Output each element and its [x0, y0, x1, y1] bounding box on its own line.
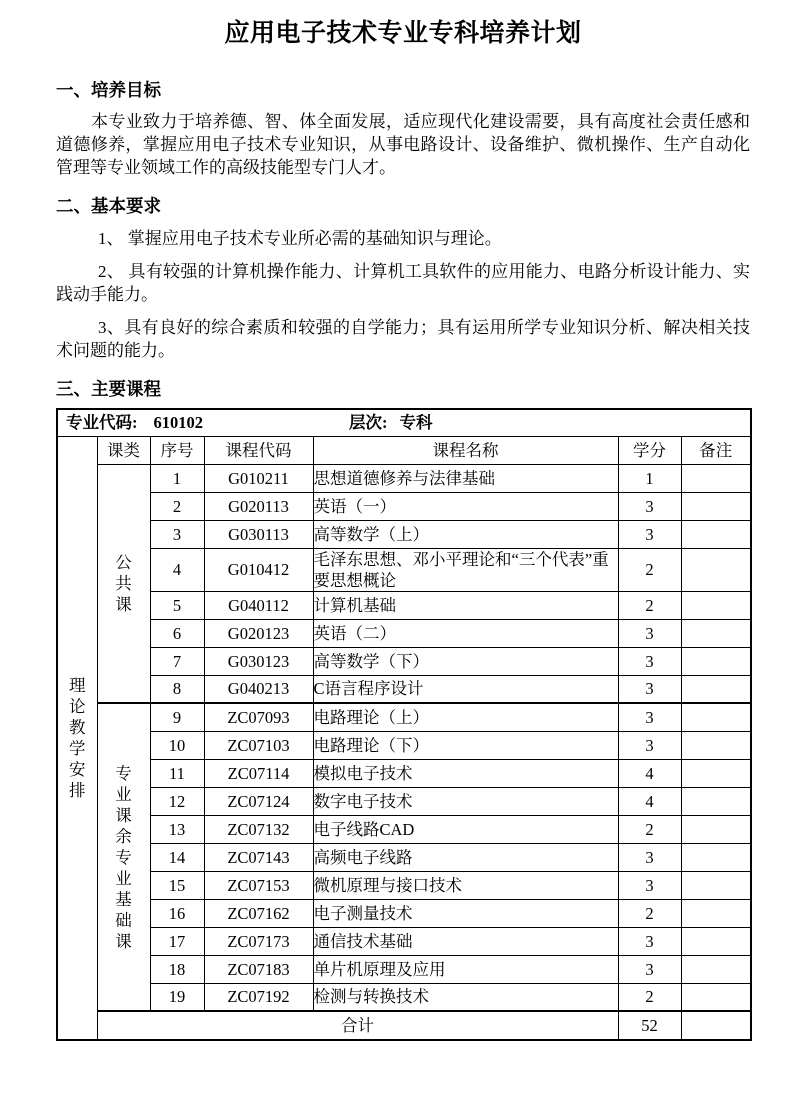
- course-name: 电路理论（下）: [313, 731, 618, 759]
- course-name: 英语（二）: [313, 619, 618, 647]
- course-credits: 1: [618, 464, 681, 492]
- course-row: 16ZC07162电子测量技术2: [57, 899, 751, 927]
- course-remark: [681, 703, 751, 731]
- course-no: 1: [150, 464, 204, 492]
- course-name: 通信技术基础: [313, 927, 618, 955]
- course-no: 18: [150, 955, 204, 983]
- course-no: 10: [150, 731, 204, 759]
- course-credits: 2: [618, 548, 681, 591]
- requirement-item: 1、 掌握应用电子技术专业所必需的基础知识与理论。: [56, 227, 750, 250]
- course-code: G040213: [204, 675, 313, 703]
- course-no: 16: [150, 899, 204, 927]
- course-no: 11: [150, 759, 204, 787]
- level-value: 专科: [400, 412, 433, 433]
- header-remark: 备注: [681, 436, 751, 464]
- course-row: 18ZC07183单片机原理及应用3: [57, 955, 751, 983]
- course-row: 10ZC07103电路理论（下）3: [57, 731, 751, 759]
- course-remark: [681, 759, 751, 787]
- course-row: 6G020123英语（二）3: [57, 619, 751, 647]
- course-name: 电子测量技术: [313, 899, 618, 927]
- course-credits: 3: [618, 731, 681, 759]
- header-category: 课类: [97, 436, 150, 464]
- course-remark: [681, 983, 751, 1011]
- course-credits: 4: [618, 787, 681, 815]
- course-credits: 3: [618, 871, 681, 899]
- total-row: 合计 52: [57, 1011, 751, 1040]
- total-remark-cell: [681, 1011, 751, 1040]
- course-row: 13ZC07132电子线路CAD2: [57, 815, 751, 843]
- course-row: 7G030123高等数学（下）3: [57, 647, 751, 675]
- course-name: 高频电子线路: [313, 843, 618, 871]
- course-row: 14ZC07143高频电子线路3: [57, 843, 751, 871]
- section-heading-courses: 三、主要课程: [56, 378, 750, 400]
- course-code: ZC07103: [204, 731, 313, 759]
- level-label: 层次:: [349, 412, 388, 433]
- course-no: 2: [150, 492, 204, 520]
- course-table-body: 专业代码: 610102 层次: 专科 理论教学安排 课类 序号 课程代码 课程…: [57, 409, 751, 1040]
- course-name: 英语（一）: [313, 492, 618, 520]
- course-code: G010412: [204, 548, 313, 591]
- side-label: 理论教学安排: [68, 675, 86, 801]
- course-category-cell: 公共课: [97, 464, 150, 703]
- major-code-label: 专业代码:: [66, 412, 138, 433]
- side-label-cell: 理论教学安排: [57, 436, 97, 1040]
- course-no: 7: [150, 647, 204, 675]
- document-content: 应用电子技术专业专科培养计划 一、培养目标 本专业致力于培养德、智、体全面发展，…: [0, 0, 800, 1041]
- course-credits: 3: [618, 520, 681, 548]
- major-code-value: 610102: [154, 412, 204, 433]
- course-no: 5: [150, 591, 204, 619]
- course-no: 14: [150, 843, 204, 871]
- course-row: 4G010412毛泽东思想、邓小平理论和“三个代表”重要思想概论2: [57, 548, 751, 591]
- header-credits: 学分: [618, 436, 681, 464]
- course-name: 高等数学（上）: [313, 520, 618, 548]
- course-row: 专业课余专业基础课9ZC07093电路理论（上）3: [57, 703, 751, 731]
- course-remark: [681, 591, 751, 619]
- course-code: G040112: [204, 591, 313, 619]
- course-no: 12: [150, 787, 204, 815]
- course-credits: 2: [618, 591, 681, 619]
- course-name: 电子线路CAD: [313, 815, 618, 843]
- course-code: G010211: [204, 464, 313, 492]
- course-remark: [681, 548, 751, 591]
- course-code: ZC07124: [204, 787, 313, 815]
- course-name: C语言程序设计: [313, 675, 618, 703]
- course-name: 检测与转换技术: [313, 983, 618, 1011]
- course-credits: 3: [618, 647, 681, 675]
- course-no: 8: [150, 675, 204, 703]
- course-no: 6: [150, 619, 204, 647]
- course-name: 微机原理与接口技术: [313, 871, 618, 899]
- course-name: 毛泽东思想、邓小平理论和“三个代表”重要思想概论: [313, 548, 618, 591]
- course-code: ZC07143: [204, 843, 313, 871]
- course-credits: 4: [618, 759, 681, 787]
- course-category-cell: 专业课余专业基础课: [97, 703, 150, 1011]
- course-credits: 3: [618, 843, 681, 871]
- total-credits-cell: 52: [618, 1011, 681, 1040]
- course-code: G020113: [204, 492, 313, 520]
- course-credits: 3: [618, 927, 681, 955]
- course-code: G020123: [204, 619, 313, 647]
- course-remark: [681, 675, 751, 703]
- section-heading-requirements: 二、基本要求: [56, 195, 750, 217]
- page-title: 应用电子技术专业专科培养计划: [56, 0, 750, 49]
- course-remark: [681, 731, 751, 759]
- course-code: ZC07183: [204, 955, 313, 983]
- course-code: ZC07114: [204, 759, 313, 787]
- course-code: G030123: [204, 647, 313, 675]
- course-credits: 3: [618, 675, 681, 703]
- course-remark: [681, 787, 751, 815]
- course-no: 19: [150, 983, 204, 1011]
- course-category-label: 公共课: [115, 552, 133, 615]
- header-code: 课程代码: [204, 436, 313, 464]
- course-table: 专业代码: 610102 层次: 专科 理论教学安排 课类 序号 课程代码 课程…: [56, 408, 752, 1041]
- course-category-label: 专业课余专业基础课: [115, 763, 133, 952]
- course-row: 15ZC07153微机原理与接口技术3: [57, 871, 751, 899]
- course-remark: [681, 492, 751, 520]
- course-credits: 3: [618, 955, 681, 983]
- course-credits: 2: [618, 983, 681, 1011]
- course-no: 9: [150, 703, 204, 731]
- course-row: 11ZC07114模拟电子技术4: [57, 759, 751, 787]
- course-credits: 2: [618, 899, 681, 927]
- course-row: 8G040213C语言程序设计3: [57, 675, 751, 703]
- goal-paragraph: 本专业致力于培养德、智、体全面发展，适应现代化建设需要，具有高度社会责任感和道德…: [56, 110, 750, 179]
- table-header-row: 理论教学安排 课类 序号 课程代码 课程名称 学分 备注: [57, 436, 751, 464]
- table-meta-cell: 专业代码: 610102 层次: 专科: [57, 409, 751, 436]
- table-meta-row: 专业代码: 610102 层次: 专科: [57, 409, 751, 436]
- course-code: ZC07162: [204, 899, 313, 927]
- course-remark: [681, 647, 751, 675]
- header-name: 课程名称: [313, 436, 618, 464]
- course-code: ZC07093: [204, 703, 313, 731]
- course-row: 公共课1G010211思想道德修养与法律基础1: [57, 464, 751, 492]
- course-row: 17ZC07173通信技术基础3: [57, 927, 751, 955]
- course-no: 13: [150, 815, 204, 843]
- course-credits: 3: [618, 703, 681, 731]
- course-name: 单片机原理及应用: [313, 955, 618, 983]
- course-code: ZC07153: [204, 871, 313, 899]
- course-remark: [681, 927, 751, 955]
- course-name: 电路理论（上）: [313, 703, 618, 731]
- course-remark: [681, 899, 751, 927]
- course-name: 计算机基础: [313, 591, 618, 619]
- course-row: 19ZC07192检测与转换技术2: [57, 983, 751, 1011]
- course-remark: [681, 955, 751, 983]
- course-row: 3G030113高等数学（上）3: [57, 520, 751, 548]
- course-no: 17: [150, 927, 204, 955]
- course-remark: [681, 520, 751, 548]
- section-heading-goal: 一、培养目标: [56, 79, 750, 101]
- total-label-cell: 合计: [97, 1011, 618, 1040]
- requirement-item: 3、具有良好的综合素质和较强的自学能力；具有运用所学专业知识分析、解决相关技术问…: [56, 316, 750, 362]
- requirement-item: 2、 具有较强的计算机操作能力、计算机工具软件的应用能力、电路分析设计能力、实践…: [56, 260, 750, 306]
- course-code: ZC07173: [204, 927, 313, 955]
- course-code: ZC07192: [204, 983, 313, 1011]
- course-code: G030113: [204, 520, 313, 548]
- course-remark: [681, 619, 751, 647]
- course-remark: [681, 843, 751, 871]
- course-remark: [681, 815, 751, 843]
- course-no: 4: [150, 548, 204, 591]
- course-name: 数字电子技术: [313, 787, 618, 815]
- course-credits: 2: [618, 815, 681, 843]
- course-row: 12ZC07124数字电子技术4: [57, 787, 751, 815]
- course-credits: 3: [618, 619, 681, 647]
- course-name: 思想道德修养与法律基础: [313, 464, 618, 492]
- course-row: 2G020113英语（一）3: [57, 492, 751, 520]
- header-no: 序号: [150, 436, 204, 464]
- course-name: 模拟电子技术: [313, 759, 618, 787]
- course-remark: [681, 871, 751, 899]
- course-no: 15: [150, 871, 204, 899]
- document-page: 应用电子技术专业专科培养计划 一、培养目标 本专业致力于培养德、智、体全面发展，…: [0, 0, 800, 1097]
- course-no: 3: [150, 520, 204, 548]
- course-remark: [681, 464, 751, 492]
- course-row: 5G040112计算机基础2: [57, 591, 751, 619]
- course-code: ZC07132: [204, 815, 313, 843]
- course-credits: 3: [618, 492, 681, 520]
- course-name: 高等数学（下）: [313, 647, 618, 675]
